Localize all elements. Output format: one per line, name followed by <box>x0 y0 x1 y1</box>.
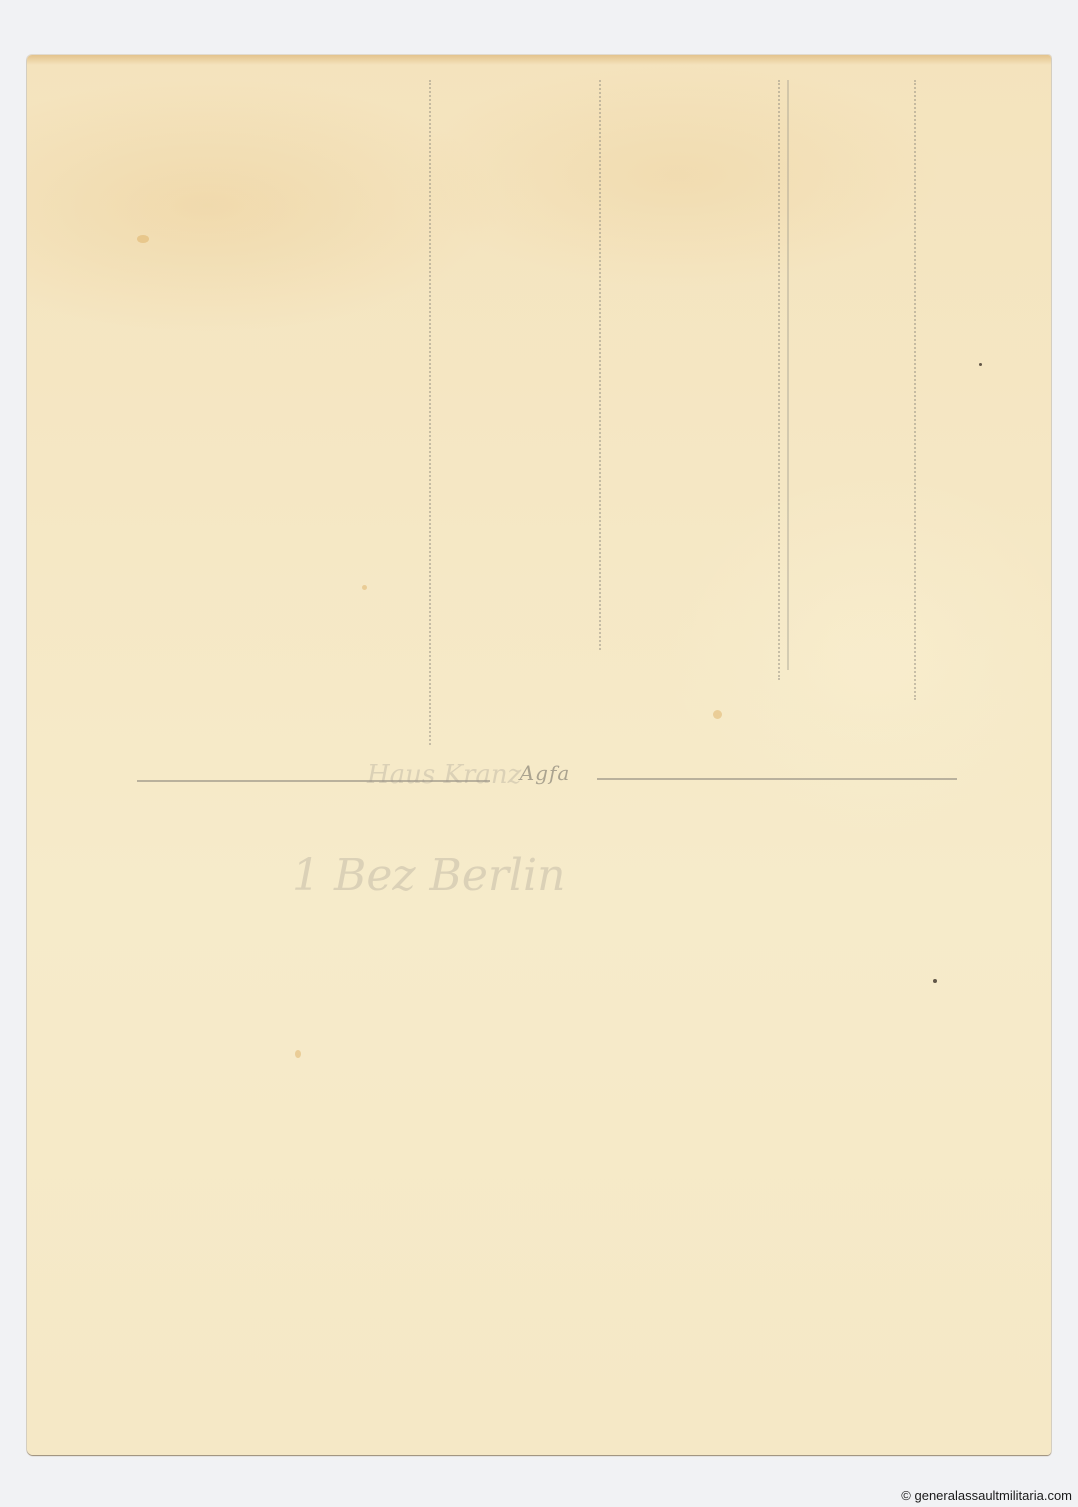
age-spot <box>137 235 149 243</box>
speck <box>933 979 937 983</box>
age-spot <box>362 585 367 590</box>
guide-line-4 <box>787 80 789 670</box>
postcard-back: Agfa Haus Kranz 1 Bez Berlin <box>27 55 1051 1455</box>
speck <box>979 363 982 366</box>
pencil-note-2: 1 Bez Berlin <box>292 850 565 901</box>
pencil-note-1: Haus Kranz <box>367 760 521 790</box>
guide-line-5 <box>914 80 916 700</box>
age-spot <box>295 1050 301 1058</box>
guide-line-1 <box>429 80 431 745</box>
copyright-watermark: © generalassaultmilitaria.com <box>901 1488 1072 1503</box>
guide-line-3 <box>778 80 780 680</box>
age-stain <box>27 55 1051 65</box>
guide-line-2 <box>599 80 601 650</box>
age-spot <box>713 710 722 719</box>
divider-right <box>597 778 957 780</box>
